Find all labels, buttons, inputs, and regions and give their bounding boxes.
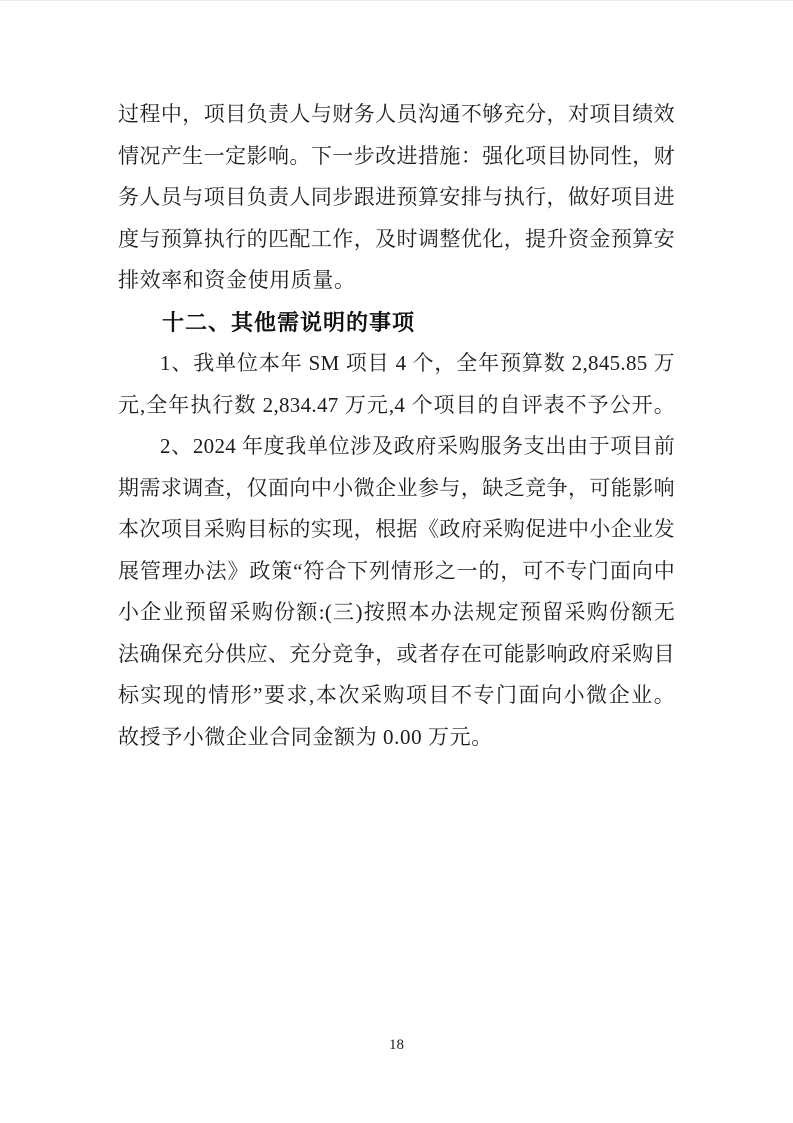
body-line: 期需求调查，仅面向中小微企业参与，缺乏竞争，可能影响: [118, 468, 675, 510]
body-line: 小企业预留采购份额:(三)按照本办法规定预留采购份额无: [118, 592, 675, 634]
body-line: 本次项目采购目标的实现，根据《政府采购促进中小企业发: [118, 509, 675, 551]
body-line: 过程中，项目负责人与财务人员沟通不够充分，对项目绩效: [118, 94, 675, 136]
body-line: 展管理办法》政策“符合下列情形之一的，可不专门面向中: [118, 551, 675, 593]
body-line: 标实现的情形”要求,本次采购项目不专门面向小微企业。: [118, 675, 675, 717]
section-heading-12: 十二、其他需说明的事项: [118, 302, 675, 344]
body-line: 法确保充分供应、充分竞争，或者存在可能影响政府采购目: [118, 634, 675, 676]
body-line: 排效率和资金使用质量。: [118, 260, 675, 302]
document-page: 过程中，项目负责人与财务人员沟通不够充分，对项目绩效 情况产生一定影响。下一步改…: [0, 0, 793, 1123]
body-line: 务人员与项目负责人同步跟进预算安排与执行，做好项目进: [118, 177, 675, 219]
body-line: 元,全年执行数 2,834.47 万元,4 个项目的自评表不予公开。: [118, 385, 675, 427]
body-line: 度与预算执行的匹配工作，及时调整优化，提升资金预算安: [118, 219, 675, 261]
page-number: 18: [0, 1037, 793, 1054]
document-content: 过程中，项目负责人与财务人员沟通不够充分，对项目绩效 情况产生一定影响。下一步改…: [118, 94, 675, 758]
body-line: 情况产生一定影响。下一步改进措施：强化项目协同性，财: [118, 136, 675, 178]
body-line: 1、我单位本年 SM 项目 4 个，全年预算数 2,845.85 万: [118, 343, 675, 385]
body-line: 2、2024 年度我单位涉及政府采购服务支出由于项目前: [118, 426, 675, 468]
body-line: 故授予小微企业合同金额为 0.00 万元。: [118, 717, 675, 759]
